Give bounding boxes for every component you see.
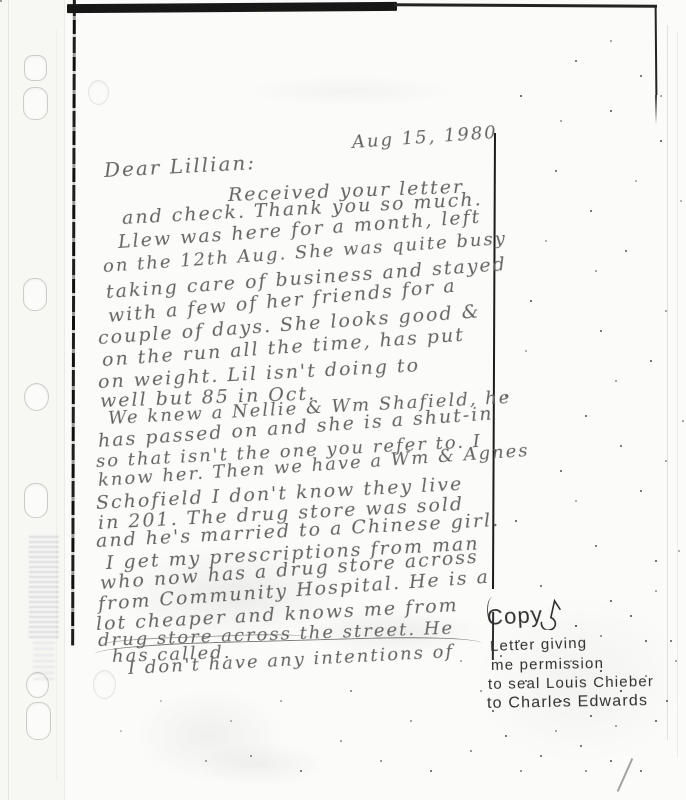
annotation-line: to seal Louis Chieber bbox=[488, 673, 654, 693]
punch-hole bbox=[24, 483, 48, 518]
photocopy-haze bbox=[135, 688, 285, 783]
copy-mark-icon bbox=[535, 595, 564, 636]
illegible-margin-stamp bbox=[33, 642, 55, 680]
annotation-line: Letter giving bbox=[490, 635, 588, 655]
page-punch-hole bbox=[88, 80, 109, 105]
punch-hole bbox=[24, 55, 47, 81]
sheet-protector-inner-edge bbox=[56, 30, 57, 780]
letter-salutation: Dear Lillian: bbox=[103, 150, 256, 182]
punch-hole bbox=[23, 87, 48, 120]
punch-hole bbox=[23, 278, 47, 311]
photocopy-right-border bbox=[655, 7, 658, 95]
sheet-protector-edge bbox=[8, 0, 9, 800]
page-edge-line bbox=[667, 25, 668, 740]
photocopy-haze bbox=[245, 75, 455, 107]
page-punch-hole bbox=[93, 670, 116, 699]
punch-hole bbox=[24, 383, 49, 411]
letter-date: Aug 15, 1980 bbox=[351, 122, 498, 153]
photocopy-top-border bbox=[67, 2, 397, 13]
scanned-letter-page: Aug 15, 1980 Dear Lillian: Received your… bbox=[0, 0, 686, 800]
annotation-line: me permission bbox=[491, 655, 604, 674]
corner-scratch-mark bbox=[617, 758, 633, 792]
toner-speckles-light bbox=[0, 0, 2, 2]
annotation-line: to Charles Edwards bbox=[487, 692, 649, 713]
page-edge-line bbox=[677, 32, 678, 758]
photocopy-haze bbox=[195, 742, 325, 787]
punch-hole bbox=[26, 702, 51, 740]
photocopy-top-border-thin bbox=[394, 3, 657, 7]
photocopy-left-border bbox=[71, 0, 75, 646]
illegible-margin-stamp bbox=[29, 534, 59, 638]
photocopy-right-border-fade bbox=[655, 95, 657, 125]
